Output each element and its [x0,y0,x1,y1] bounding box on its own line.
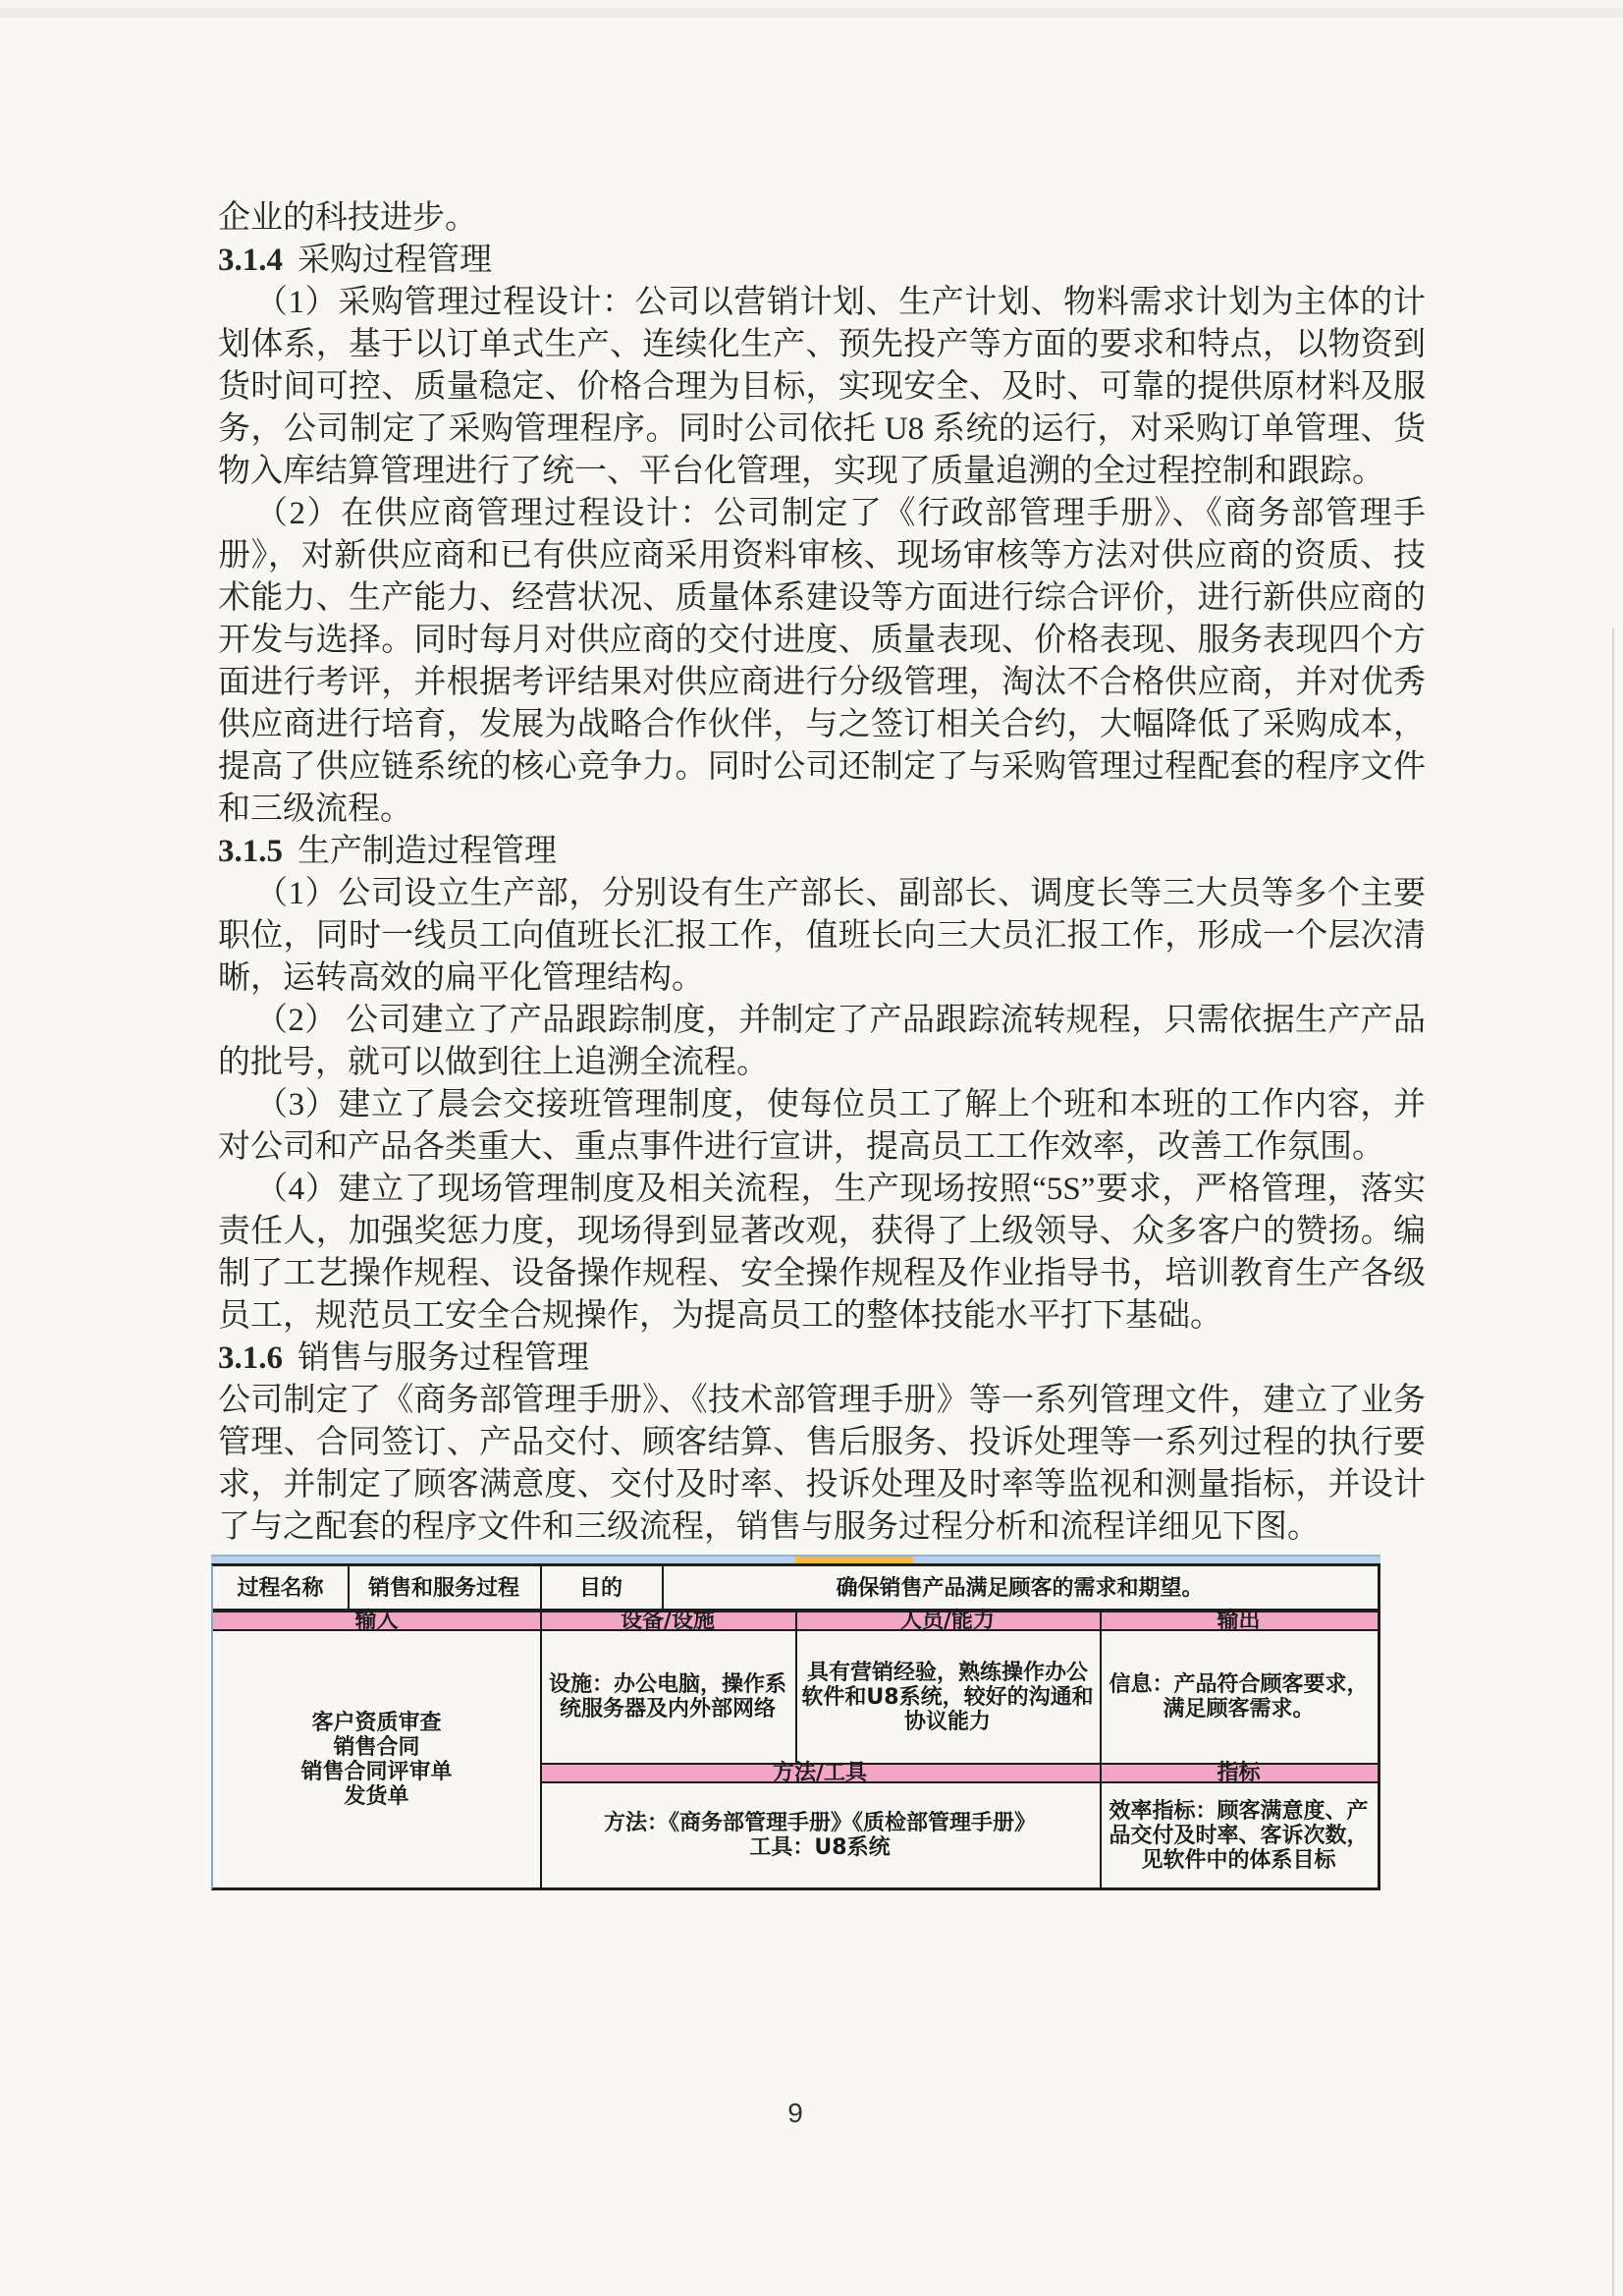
paragraph: （2）在供应商管理过程设计：公司制定了《行政部管理手册》、《商务部管理手册》，对… [218,493,1426,831]
indicator-label: 效率指标： [1109,1799,1217,1824]
cell-output-info: 信息：产品符合顾客要求，满足顾客需求。 [1100,1631,1378,1763]
output-info-text: 产品符合顾客要求，满足顾客需求。 [1163,1672,1368,1722]
cell-facility: 设施：办公电脑，操作系统服务器及内外部网络 [540,1631,795,1763]
cell-method-tool: 方法：《商务部管理手册》《质检部管理手册》 工具：U8系统 [540,1783,1100,1887]
header-facility: 设备/设施 [540,1611,795,1631]
input-item: 客户资质审查 [311,1711,441,1735]
cell-indicator: 效率指标：顾客满意度、产品交付及时率、客诉次数，见软件中的体系目标 [1100,1783,1378,1887]
cell-process-name-value: 销售和服务过程 [348,1566,540,1611]
personnel-text: 具有营销经验，熟练操作办公软件和U8系统，较好的沟通和协议能力 [801,1661,1094,1734]
section-title: 采购过程管理 [298,243,492,278]
output-info-label: 信息： [1109,1672,1173,1697]
paragraph: （1）公司设立生产部，分别设有生产部长、副部长、调度长等三大员等多个主要职位，同… [218,873,1426,1000]
scan-edge-artifact-right [1612,629,1614,2296]
input-item: 销售合同评审单 [300,1760,452,1784]
section-title: 生产制造过程管理 [298,834,557,869]
paragraph: （4）建立了现场管理制度及相关流程，生产现场按照“5S”要求，严格管理，落实责任… [218,1169,1426,1338]
header-personnel: 人员/能力 [795,1611,1100,1631]
header-output: 输出 [1100,1611,1378,1631]
method-text: 《商务部管理手册》《质检部管理手册》 [669,1811,1036,1835]
paragraph: （2） 公司建立了产品跟踪制度，并制定了产品跟踪流转规程，只需依据生产产品的批号… [218,1000,1426,1084]
tool-text: U8系统 [814,1835,890,1860]
cell-purpose-label: 目的 [540,1566,662,1611]
cell-purpose-value: 确保销售产品满足顾客的需求和期望。 [662,1566,1378,1611]
scanned-document-page: 企业的科技进步。 3.1.4采购过程管理 （1）采购管理过程设计：公司以营销计划… [0,0,1623,2296]
method-label: 方法： [604,1811,669,1835]
page-number: 9 [776,2098,815,2129]
cell-process-name-label: 过程名称 [213,1566,348,1611]
paragraph: 企业的科技进步。 [218,197,1426,240]
header-input: 输入 [213,1611,540,1631]
tool-label: 工具： [749,1835,814,1860]
scan-edge-artifact-top [0,8,1623,18]
section-number: 3.1.6 [218,1340,283,1376]
table-top-highlight-strip [211,1555,1380,1563]
cell-input-items: 客户资质审查 销售合同 销售合同评审单 发货单 [213,1631,540,1887]
input-item: 发货单 [344,1784,408,1809]
orange-highlight-segment [795,1557,913,1563]
section-number: 3.1.4 [218,243,283,278]
input-item: 销售合同 [333,1735,419,1760]
facility-label: 设施： [549,1672,614,1697]
header-method-tool: 方法/工具 [540,1763,1100,1783]
section-title: 销售与服务过程管理 [298,1340,589,1376]
paragraph: （3）建立了晨会交接班管理制度，使每位员工了解上个班和本班的工作内容，并对公司和… [218,1084,1426,1169]
paragraph: （1）采购管理过程设计：公司以营销计划、生产计划、物料需求计划为主体的计划体系，… [218,282,1426,493]
section-heading: 3.1.6销售与服务过程管理 [218,1338,1426,1380]
cell-personnel: 具有营销经验，熟练操作办公软件和U8系统，较好的沟通和协议能力 [795,1631,1100,1763]
document-body: 企业的科技进步。 3.1.4采购过程管理 （1）采购管理过程设计：公司以营销计划… [218,197,1426,1549]
paragraph: 公司制定了《商务部管理手册》、《技术部管理手册》等一系列管理文件，建立了业务管理… [218,1380,1426,1549]
section-heading: 3.1.4采购过程管理 [218,240,1426,282]
sales-service-process-table: 过程名称 销售和服务过程 目的 确保销售产品满足顾客的需求和期望。 输入 设备/… [211,1563,1380,1890]
header-indicator: 指标 [1100,1763,1378,1783]
section-number: 3.1.5 [218,834,283,869]
section-heading: 3.1.5生产制造过程管理 [218,831,1426,873]
